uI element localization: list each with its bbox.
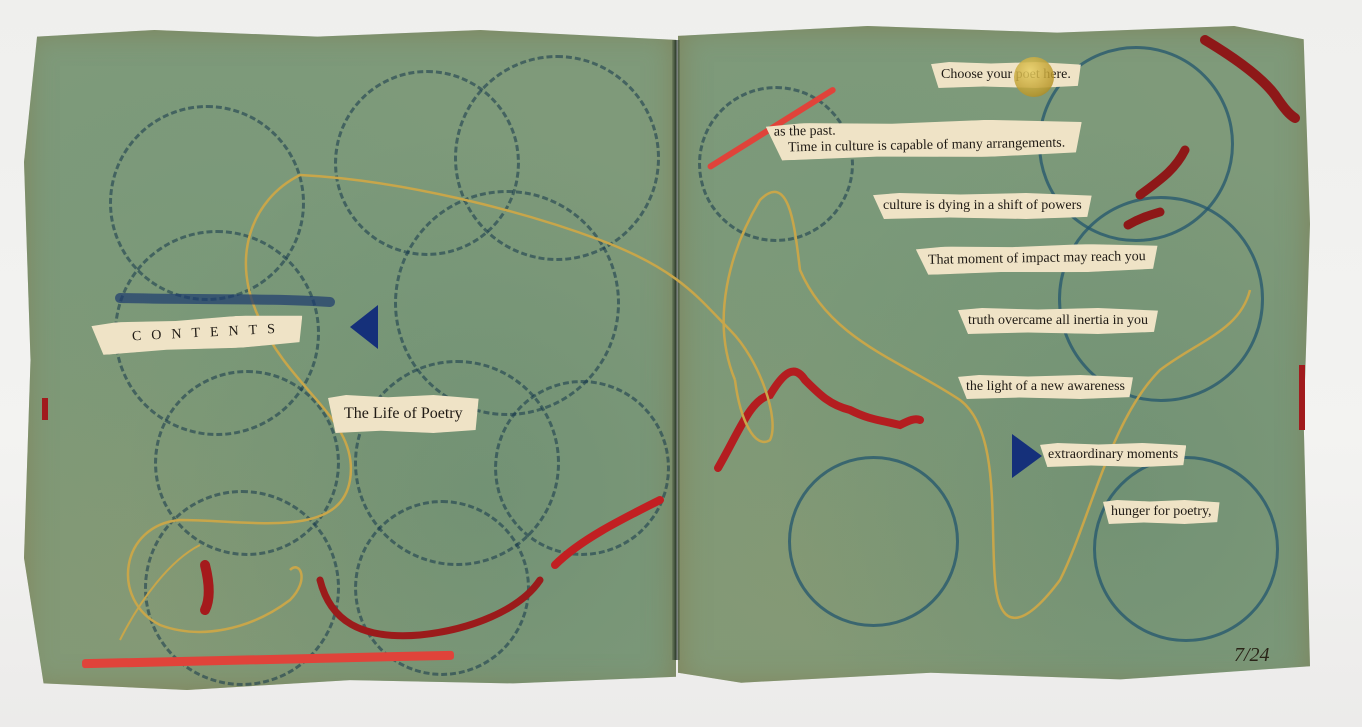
ink-circle: [698, 86, 854, 242]
ink-circle: [354, 500, 530, 676]
left-page: [24, 30, 676, 690]
text-strip: Choose your poet here.: [931, 62, 1081, 88]
text-strip: as the past. Time in culture is capable …: [766, 118, 1083, 161]
text-strip: culture is dying in a shift of powers: [873, 193, 1092, 219]
edition-mark: 7/24: [1234, 644, 1270, 667]
poetry-title: The Life of Poetry: [328, 395, 479, 433]
text-strip: extraordinary moments: [1040, 443, 1186, 467]
ink-circle: [494, 380, 670, 556]
ink-circle: [788, 456, 959, 627]
gold-disc: [1014, 57, 1054, 97]
text-strip: hunger for poetry,: [1103, 500, 1220, 524]
text-strip: the light of a new awareness: [958, 375, 1133, 399]
text-strip: That moment of impact may reach you: [916, 243, 1158, 275]
blue-triangle: [350, 305, 378, 349]
text-strip: truth overcame all inertia in you: [958, 308, 1158, 334]
book-spread: CONTENTS The Life of Poetry Choose your …: [0, 0, 1362, 727]
blue-triangle: [1012, 434, 1042, 478]
ink-circle: [1058, 196, 1264, 402]
book-gutter: [672, 40, 680, 660]
ink-circle: [1093, 456, 1279, 642]
